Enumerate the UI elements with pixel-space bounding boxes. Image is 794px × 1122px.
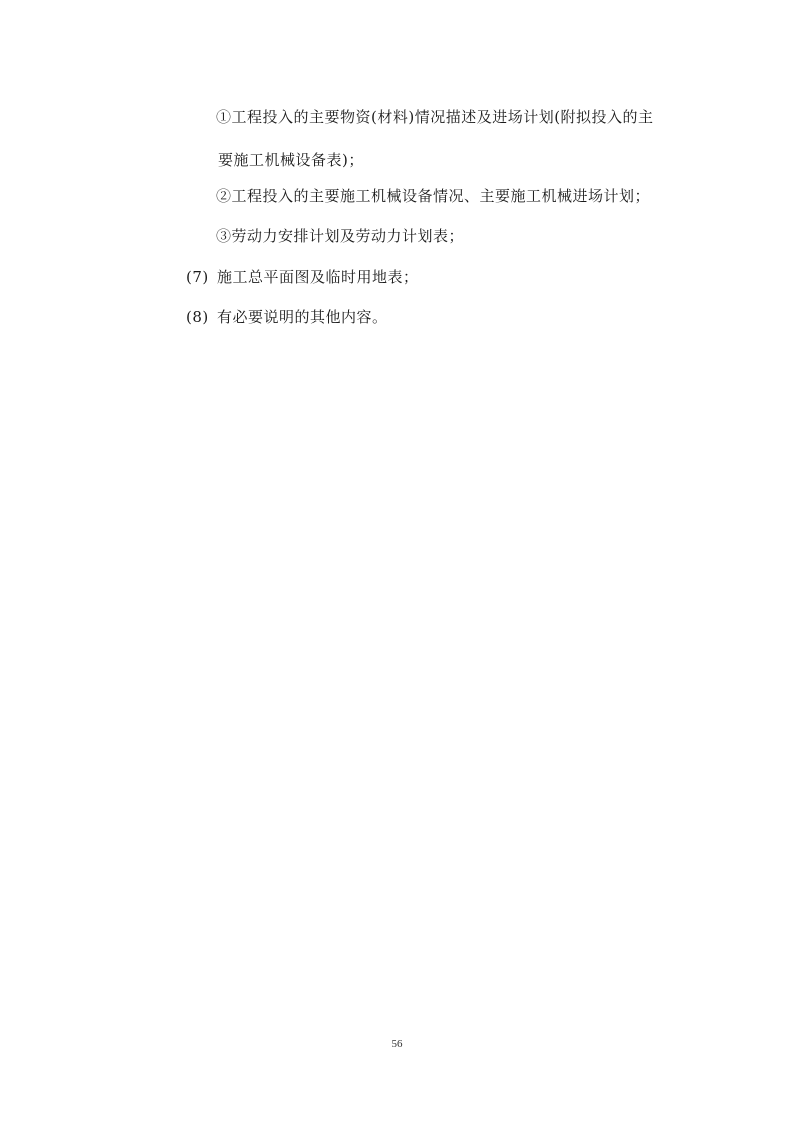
list-item-number: (8) xyxy=(186,307,217,327)
list-item-7: (7)施工总平面图及临时用地表； xyxy=(186,267,419,287)
sub-item-1-line-2: 要施工机械设备表)； xyxy=(218,150,364,170)
list-item-number: (7) xyxy=(186,267,217,287)
list-item-8: (8)有必要说明的其他内容。 xyxy=(186,307,388,327)
sub-item-3: ③劳动力安排计划及劳动力计划表； xyxy=(216,226,464,246)
list-item-text: 有必要说明的其他内容。 xyxy=(217,308,388,326)
sub-item-1-line-1: ①工程投入的主要物资(材料)情况描述及进场计划(附拟投入的主 xyxy=(216,107,654,127)
sub-item-2: ②工程投入的主要施工机械设备情况、主要施工机械进场计划； xyxy=(216,186,650,206)
list-item-text: 施工总平面图及临时用地表； xyxy=(217,268,419,286)
document-page: ①工程投入的主要物资(材料)情况描述及进场计划(附拟投入的主 要施工机械设备表)… xyxy=(0,0,794,1122)
page-number: 56 xyxy=(0,1038,794,1050)
